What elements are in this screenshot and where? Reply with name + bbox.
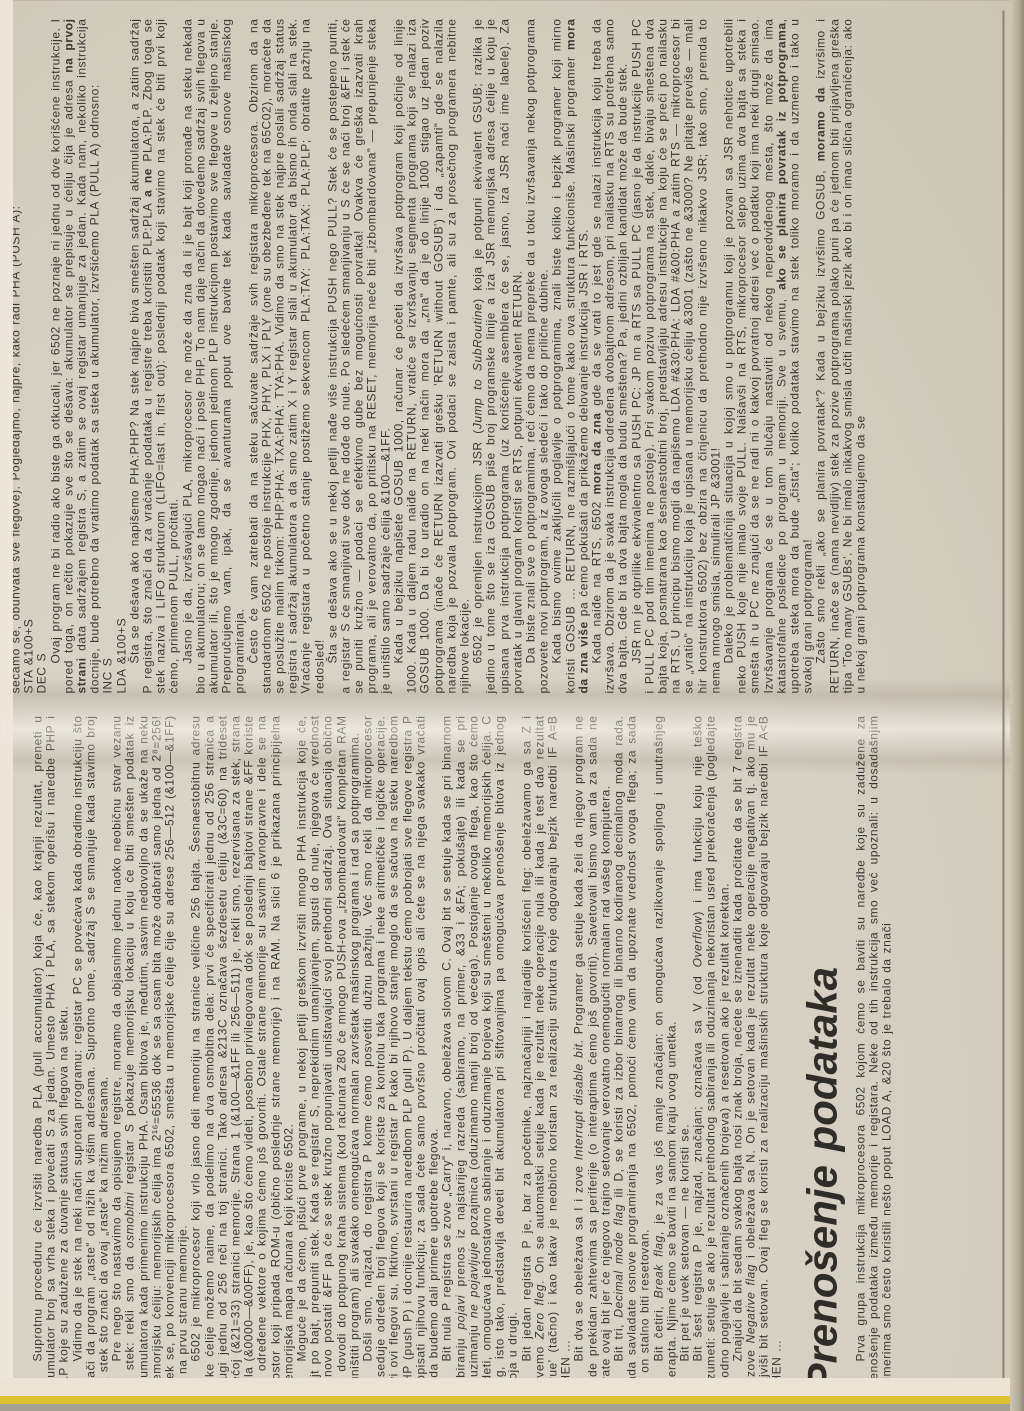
footer-rule [1003, 11, 1005, 1391]
paragraph: Pre nego što nastavimo da opisujemo regi… [111, 716, 190, 1392]
paragraph: Često će vam zatrebati da na steku sačuv… [247, 19, 326, 694]
page-right-text-column: sećamo se, obuhvata sve flegove). Pogled… [10, 19, 868, 694]
paragraph: Bit šest registra P je, najzad, značajan… [692, 716, 732, 1392]
paragraph: Šta se dešava ako napišemo PHA:PHP? Na s… [128, 19, 181, 694]
paragraph: 6502 je opremljen instrukcijom JSR (Jump… [472, 19, 525, 694]
paragraph: Kada naiđe na RTS, 6502 mora da zna gde … [590, 19, 630, 694]
paragraph: Bit dva se obeležava sa I i zove Interru… [573, 716, 613, 1392]
code-line: LDA &100+S [115, 19, 128, 694]
page-fold-crease [1, 678, 1024, 774]
paragraph: Vidimo da je stek na neki način suprotan… [71, 716, 111, 1392]
paragraph: JSR nn je otprilike ekvivalentno sa PUSH… [630, 19, 722, 694]
paragraph: Došli smo, najzad, do registra P kome će… [362, 716, 441, 1392]
paragraph: Šta se dešava ako se u nekoj petlji nađe… [326, 19, 392, 694]
paragraph: Jasno je da, izvršavajući PLA, mikroproc… [181, 19, 247, 694]
scan-edge-bottom-gray [0, 1404, 1024, 1411]
code-line: INC S [102, 19, 115, 694]
paragraph: Bit jedan registra P je, bar za početnik… [520, 716, 573, 1392]
scanned-page-left: Suprotnu proceduru će izvršiti naredba P… [1, 706, 1024, 1411]
paragraph: Da biste znali sve o potprogramima, reći… [524, 19, 550, 694]
paragraph: 6502 je mikroprocesor koji vrlo jasno de… [190, 716, 296, 1392]
paragraph: Zašto smo rekli „ako se planira povratak… [815, 19, 868, 694]
magazine-scan: Suprotnu proceduru će izvršiti naredba P… [1, 1, 1024, 1411]
paragraph: Bit četiri, Break flag, je za vas još ma… [652, 716, 678, 1392]
scan-edge-bottom-yellow [0, 1396, 1024, 1404]
scan-edge-left [0, 0, 13, 1411]
code-line: STA &100+S [23, 19, 36, 694]
screenshot-root: { "document": { "description": "Rotated … [0, 0, 1024, 1411]
scanned-page-right: sećamo se, obuhvata sve flegove). Pogled… [1, 1, 1024, 706]
section-heading: Prenošenje podataka [799, 716, 845, 1392]
paragraph: Moguće je da ćemo, pišući prve programe,… [296, 716, 362, 1392]
scan-edge-right [1010, 0, 1024, 1411]
paragraph: Daleko je problematičnija situacija u ko… [722, 19, 814, 694]
paragraph: Suprotnu proceduru će izvršiti naredba P… [32, 716, 72, 1392]
paragraph: Bit nula P registra se zove „Carry“ i, n… [441, 716, 520, 1392]
scan-edge-bottom-white [0, 1378, 1024, 1396]
paragraph: Kada bismo ovime zaključili poglavlje o … [551, 19, 591, 694]
paragraph: Bit tri, Decimal mode flag ili D, se kor… [612, 716, 652, 1392]
paragraph: Ovaj program ne bi radio ako biste ga ot… [49, 19, 102, 694]
paragraph: Znajući da bit sedam svakog bajta nosi z… [731, 716, 784, 1392]
code-line: DEC S [36, 19, 49, 694]
paragraph: Kada u bejziku napišete GOSUB 1000, raču… [392, 19, 471, 694]
paragraph: Prva grupa instrukcija mikroprocesora 65… [854, 716, 894, 1392]
page-left-text-column: Suprotnu proceduru će izvršiti naredba P… [32, 716, 894, 1392]
